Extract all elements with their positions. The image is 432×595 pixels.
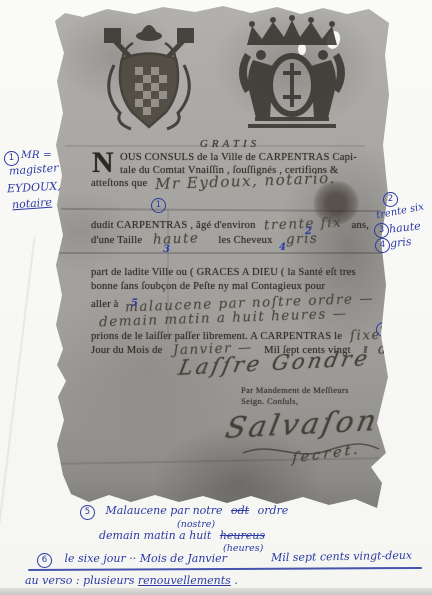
manuscript-taille: haute bbox=[153, 230, 200, 248]
right-note-haute: haute bbox=[388, 219, 421, 235]
struck-word: odt bbox=[231, 504, 249, 517]
inline-mark-4: 4 bbox=[279, 242, 286, 253]
printed-line-6: part de ladite Ville ou ( GRACES A DIEU … bbox=[91, 267, 356, 278]
left-note-line-1: MR = bbox=[21, 149, 52, 161]
bottom-note-heures: (heures) bbox=[223, 543, 263, 554]
right-note-number-4: 4 bbox=[375, 237, 390, 253]
manuscript-cheveux: gris bbox=[285, 230, 318, 247]
inline-mark-1: 1 bbox=[151, 197, 166, 213]
bottom-note-verso: au verso : plusieurs renouvellements . bbox=[25, 574, 238, 587]
right-note-number-3: 3 bbox=[374, 222, 389, 238]
right-note-gris: gris bbox=[389, 235, 412, 250]
mandement-line-2: Seign. Conſuls, bbox=[241, 396, 298, 406]
secretary-title: ſecret. bbox=[293, 445, 360, 463]
manuscript-destination-2: demain matin a huit heures — bbox=[99, 309, 348, 327]
left-note-line-4: notaire bbox=[12, 196, 53, 212]
dropcap-N: N bbox=[92, 150, 114, 176]
bottom-note-5b: demain matin a huit heureus bbox=[99, 529, 270, 542]
underline-stroke bbox=[28, 567, 422, 571]
manuscript-year-end: deux bbox=[377, 340, 416, 357]
papal-coat-of-arms-engraving bbox=[93, 13, 205, 135]
printed-line-7: bonne ſans ſoubçon de Peſte ny mal Conta… bbox=[91, 281, 325, 292]
scanner-edge bbox=[0, 588, 432, 595]
left-note-line-2: magister bbox=[9, 161, 59, 177]
consul-signature: Laſſre Gondre bbox=[180, 351, 369, 375]
bottom-note-5: 5 Malaucene par notre odt ordre bbox=[80, 504, 288, 520]
gratis-heading: GRATIS bbox=[175, 138, 285, 150]
printed-line-4: dudit CARPENTRAS , âgé d'environ trente … bbox=[91, 216, 369, 232]
scan-crease bbox=[0, 236, 36, 524]
printed-line-1: OUS CONSULS de la Ville de CARPENTRAS Ca… bbox=[120, 152, 357, 163]
left-note-line-3: EYDOUX, bbox=[7, 180, 61, 196]
inline-mark-6: 6 bbox=[376, 321, 391, 337]
inline-mark-3: 3 bbox=[163, 244, 170, 255]
crowned-oval-with-angels-engraving bbox=[231, 13, 353, 135]
document-photo: GRATIS N OUS CONSULS de la Ville de CARP… bbox=[55, 5, 389, 508]
bottom-note-date: Mil sept cents vingt-deux bbox=[271, 549, 412, 564]
inline-mark-2: 2 bbox=[305, 226, 312, 237]
mandement-line-1: Par Mandement de Meſſieurs bbox=[241, 385, 349, 395]
struck-word: heureus bbox=[220, 529, 265, 542]
scanned-page: GRATIS N OUS CONSULS de la Ville de CARP… bbox=[0, 0, 432, 595]
secretary-signature: Salvaſon bbox=[227, 407, 378, 441]
manuscript-name: Mr Eydoux, notario. bbox=[155, 172, 336, 191]
fold-crease bbox=[57, 252, 385, 254]
right-note-number-2: 2 bbox=[383, 191, 398, 207]
bottom-note-6: 6 le sixe jour ·· Mois de Janvier bbox=[37, 552, 227, 568]
inline-mark-5: 5 bbox=[131, 298, 138, 309]
printed-line-3: atteſtons que bbox=[91, 178, 147, 189]
